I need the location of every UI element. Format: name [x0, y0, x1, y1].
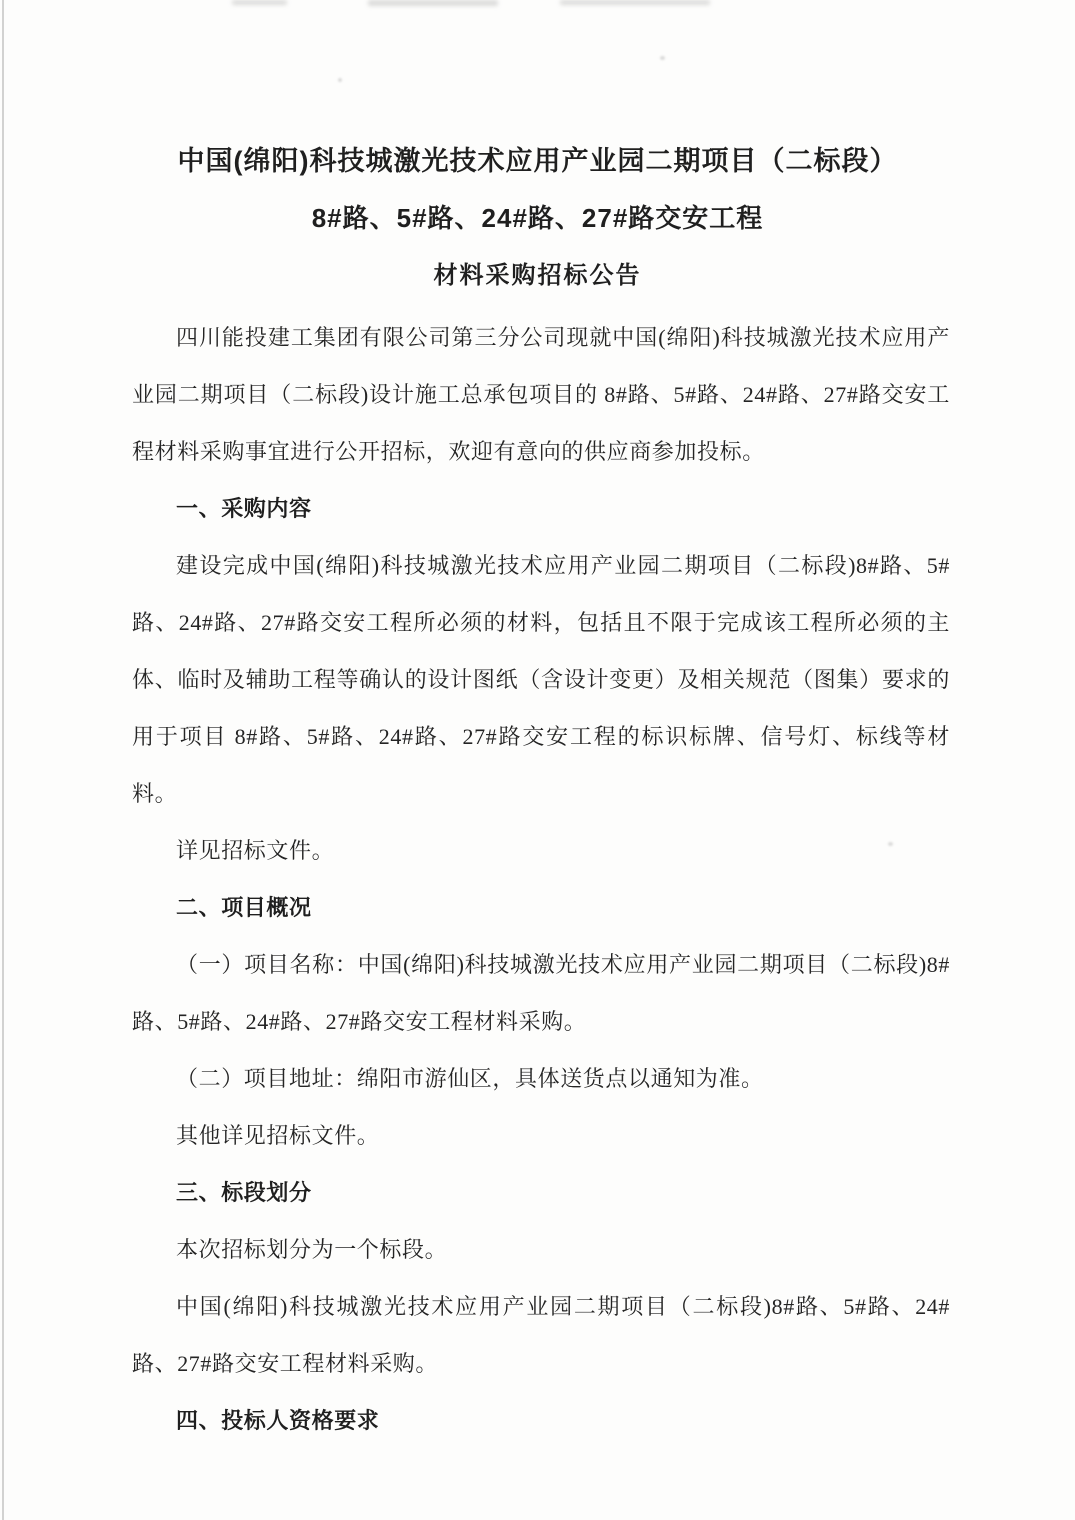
intro-paragraph: 四川能投建工集团有限公司第三分公司现就中国(绵阳)科技城激光技术应用产业园二期项…	[132, 309, 950, 480]
bid-division-paragraph-1: 本次招标划分为一个标段。	[132, 1221, 950, 1278]
project-address-paragraph: （二）项目地址：绵阳市游仙区，具体送货点以通知为准。	[132, 1050, 950, 1107]
scan-speck-artifact	[888, 842, 893, 846]
project-other-details-paragraph: 其他详见招标文件。	[132, 1107, 950, 1164]
scan-speck-artifact	[660, 56, 665, 60]
section-heading-bid-division: 三、标段划分	[132, 1164, 950, 1221]
document-body: 四川能投建工集团有限公司第三分公司现就中国(绵阳)科技城激光技术应用产业园二期项…	[132, 309, 950, 1449]
bid-division-paragraph-2: 中国(绵阳)科技城激光技术应用产业园二期项目（二标段)8#路、5#路、24#路、…	[132, 1278, 950, 1392]
scanned-document-page: 中国(绵阳)科技城激光技术应用产业园二期项目（二标段） 8#路、5#路、24#路…	[0, 0, 1075, 1520]
project-name-paragraph: （一）项目名称：中国(绵阳)科技城激光技术应用产业园二期项目（二标段)8#路、5…	[132, 936, 950, 1050]
document-title-line-2: 8#路、5#路、24#路、27#路交安工程	[0, 190, 1075, 247]
scan-smudge-artifact	[368, 0, 498, 6]
document-title-line-1: 中国(绵阳)科技城激光技术应用产业园二期项目（二标段）	[0, 133, 1075, 190]
document-header: 中国(绵阳)科技城激光技术应用产业园二期项目（二标段） 8#路、5#路、24#路…	[0, 0, 1075, 304]
section-heading-procurement-content: 一、采购内容	[132, 480, 950, 537]
document-title-line-3: 材料采购招标公告	[0, 247, 1075, 304]
scan-smudge-artifact	[560, 0, 710, 5]
section-heading-project-overview: 二、项目概况	[132, 879, 950, 936]
scan-edge-artifact	[2, 0, 4, 1520]
scan-speck-artifact	[338, 78, 342, 82]
section-heading-bidder-qualifications: 四、投标人资格要求	[132, 1392, 950, 1449]
section-procurement-paragraph-2: 详见招标文件。	[132, 822, 950, 879]
section-procurement-paragraph-1: 建设完成中国(绵阳)科技城激光技术应用产业园二期项目（二标段)8#路、5#路、2…	[132, 537, 950, 822]
scan-smudge-artifact	[232, 0, 287, 5]
